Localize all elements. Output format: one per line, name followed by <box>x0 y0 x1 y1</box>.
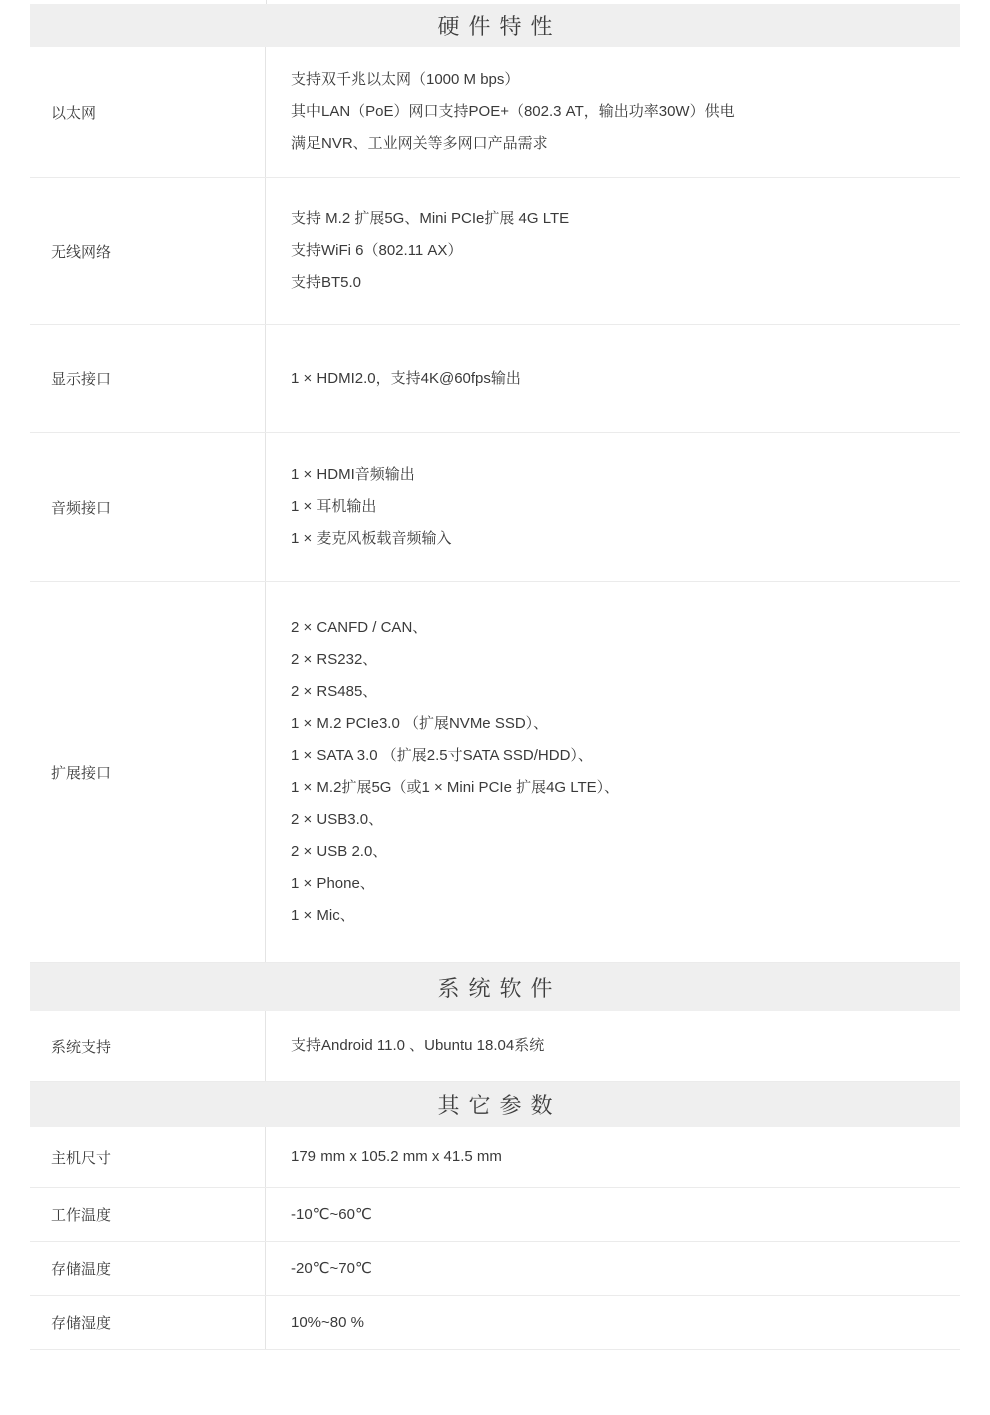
row-label: 显示接口 <box>51 368 111 389</box>
row-value-cell: 支持 M.2 扩展5G、Mini PCIe扩展 4G LTE支持WiFi 6（8… <box>266 178 960 324</box>
spec-value-line: 1 × M.2 PCIe3.0 （扩展NVMe SSD）、 <box>291 708 960 740</box>
spec-value-line: 2 × USB 2.0、 <box>291 836 960 868</box>
row-label-cell: 存储湿度 <box>30 1296 266 1349</box>
row-label: 主机尺寸 <box>51 1147 111 1168</box>
spec-value-line: 支持Android 11.0 、Ubuntu 18.04系统 <box>291 1030 960 1062</box>
row-label-cell: 音频接口 <box>30 433 266 581</box>
row-value-cell: 1 × HDMI2.0，支持4K@60fps输出 <box>266 325 960 432</box>
row-value-cell: -10℃~60℃ <box>266 1188 960 1241</box>
spec-row: 主机尺寸179 mm x 105.2 mm x 41.5 mm <box>30 1127 960 1188</box>
spec-row: 音频接口1 × HDMI音频输出1 × 耳机输出1 × 麦克风板载音频输入 <box>30 433 960 582</box>
row-label: 工作温度 <box>51 1204 111 1225</box>
spec-value-line: 满足NVR、工业网关等多网口产品需求 <box>291 128 960 160</box>
row-value-cell: 支持Android 11.0 、Ubuntu 18.04系统 <box>266 1011 960 1081</box>
spec-table: 硬件特性以太网支持双千兆以太网（1000 M bps）其中LAN（PoE）网口支… <box>30 0 960 1350</box>
section-title: 硬件特性 <box>437 10 561 41</box>
section-header-hardware-features: 硬件特性 <box>30 4 960 47</box>
row-label-cell: 系统支持 <box>30 1011 266 1081</box>
spec-value-line: 支持BT5.0 <box>291 267 960 299</box>
row-label-cell: 扩展接口 <box>30 582 266 962</box>
spec-value-line: 1 × HDMI音频输出 <box>291 459 960 491</box>
spec-value-line: 1 × 耳机输出 <box>291 491 960 523</box>
spec-row: 存储温度-20℃~70℃ <box>30 1242 960 1296</box>
column-divider-stub <box>266 0 267 4</box>
row-value-cell: 2 × CANFD / CAN、2 × RS232、2 × RS485、1 × … <box>266 582 960 962</box>
section-header-other-params: 其它参数 <box>30 1082 960 1127</box>
spec-value-line: 支持双千兆以太网（1000 M bps） <box>291 64 960 96</box>
spec-value-line: 2 × RS232、 <box>291 644 960 676</box>
row-label: 存储温度 <box>51 1258 111 1279</box>
row-label-cell: 显示接口 <box>30 325 266 432</box>
row-value-cell: 支持双千兆以太网（1000 M bps）其中LAN（PoE）网口支持POE+（8… <box>266 47 960 177</box>
row-label-cell: 存储温度 <box>30 1242 266 1295</box>
spec-value-line: 2 × RS485、 <box>291 676 960 708</box>
row-label: 系统支持 <box>51 1036 111 1057</box>
row-label-cell: 工作温度 <box>30 1188 266 1241</box>
spec-value-line: 179 mm x 105.2 mm x 41.5 mm <box>291 1141 960 1173</box>
spec-value-line: 其中LAN（PoE）网口支持POE+（802.3 AT，输出功率30W）供电 <box>291 96 960 128</box>
spec-value-line: 1 × SATA 3.0 （扩展2.5寸SATA SSD/HDD）、 <box>291 740 960 772</box>
spec-value-line: 1 × M.2扩展5G（或1 × Mini PCIe 扩展4G LTE）、 <box>291 772 960 804</box>
row-label-cell: 无线网络 <box>30 178 266 324</box>
spec-row: 系统支持支持Android 11.0 、Ubuntu 18.04系统 <box>30 1011 960 1082</box>
row-label: 音频接口 <box>51 497 111 518</box>
row-value-cell: 179 mm x 105.2 mm x 41.5 mm <box>266 1127 960 1187</box>
row-value-cell: 10%~80 % <box>266 1296 960 1349</box>
spec-row: 工作温度-10℃~60℃ <box>30 1188 960 1242</box>
section-title: 系统软件 <box>437 972 561 1003</box>
top-edge-strip <box>30 0 960 4</box>
spec-value-line: -10℃~60℃ <box>291 1199 960 1231</box>
row-label-cell: 以太网 <box>30 47 266 177</box>
spec-value-line: 2 × CANFD / CAN、 <box>291 612 960 644</box>
spec-value-line: 支持WiFi 6（802.11 AX） <box>291 235 960 267</box>
spec-row: 无线网络支持 M.2 扩展5G、Mini PCIe扩展 4G LTE支持WiFi… <box>30 178 960 325</box>
row-label-cell: 主机尺寸 <box>30 1127 266 1187</box>
spec-row: 显示接口1 × HDMI2.0，支持4K@60fps输出 <box>30 325 960 433</box>
row-label: 存储湿度 <box>51 1312 111 1333</box>
spec-row: 存储湿度10%~80 % <box>30 1296 960 1350</box>
spec-value-line: -20℃~70℃ <box>291 1253 960 1285</box>
spec-row: 以太网支持双千兆以太网（1000 M bps）其中LAN（PoE）网口支持POE… <box>30 47 960 178</box>
section-title: 其它参数 <box>437 1089 561 1120</box>
spec-value-line: 2 × USB3.0、 <box>291 804 960 836</box>
row-label: 扩展接口 <box>51 762 111 783</box>
row-value-cell: 1 × HDMI音频输出1 × 耳机输出1 × 麦克风板载音频输入 <box>266 433 960 581</box>
spec-value-line: 支持 M.2 扩展5G、Mini PCIe扩展 4G LTE <box>291 203 960 235</box>
spec-value-line: 1 × Phone、 <box>291 868 960 900</box>
spec-value-line: 1 × 麦克风板载音频输入 <box>291 523 960 555</box>
row-value-cell: -20℃~70℃ <box>266 1242 960 1295</box>
row-label: 以太网 <box>51 102 96 123</box>
spec-value-line: 1 × Mic、 <box>291 900 960 932</box>
spec-row: 扩展接口2 × CANFD / CAN、2 × RS232、2 × RS485、… <box>30 582 960 963</box>
spec-value-line: 1 × HDMI2.0，支持4K@60fps输出 <box>291 363 960 395</box>
row-label: 无线网络 <box>51 241 111 262</box>
section-header-system-software: 系统软件 <box>30 963 960 1011</box>
spec-value-line: 10%~80 % <box>291 1307 960 1339</box>
